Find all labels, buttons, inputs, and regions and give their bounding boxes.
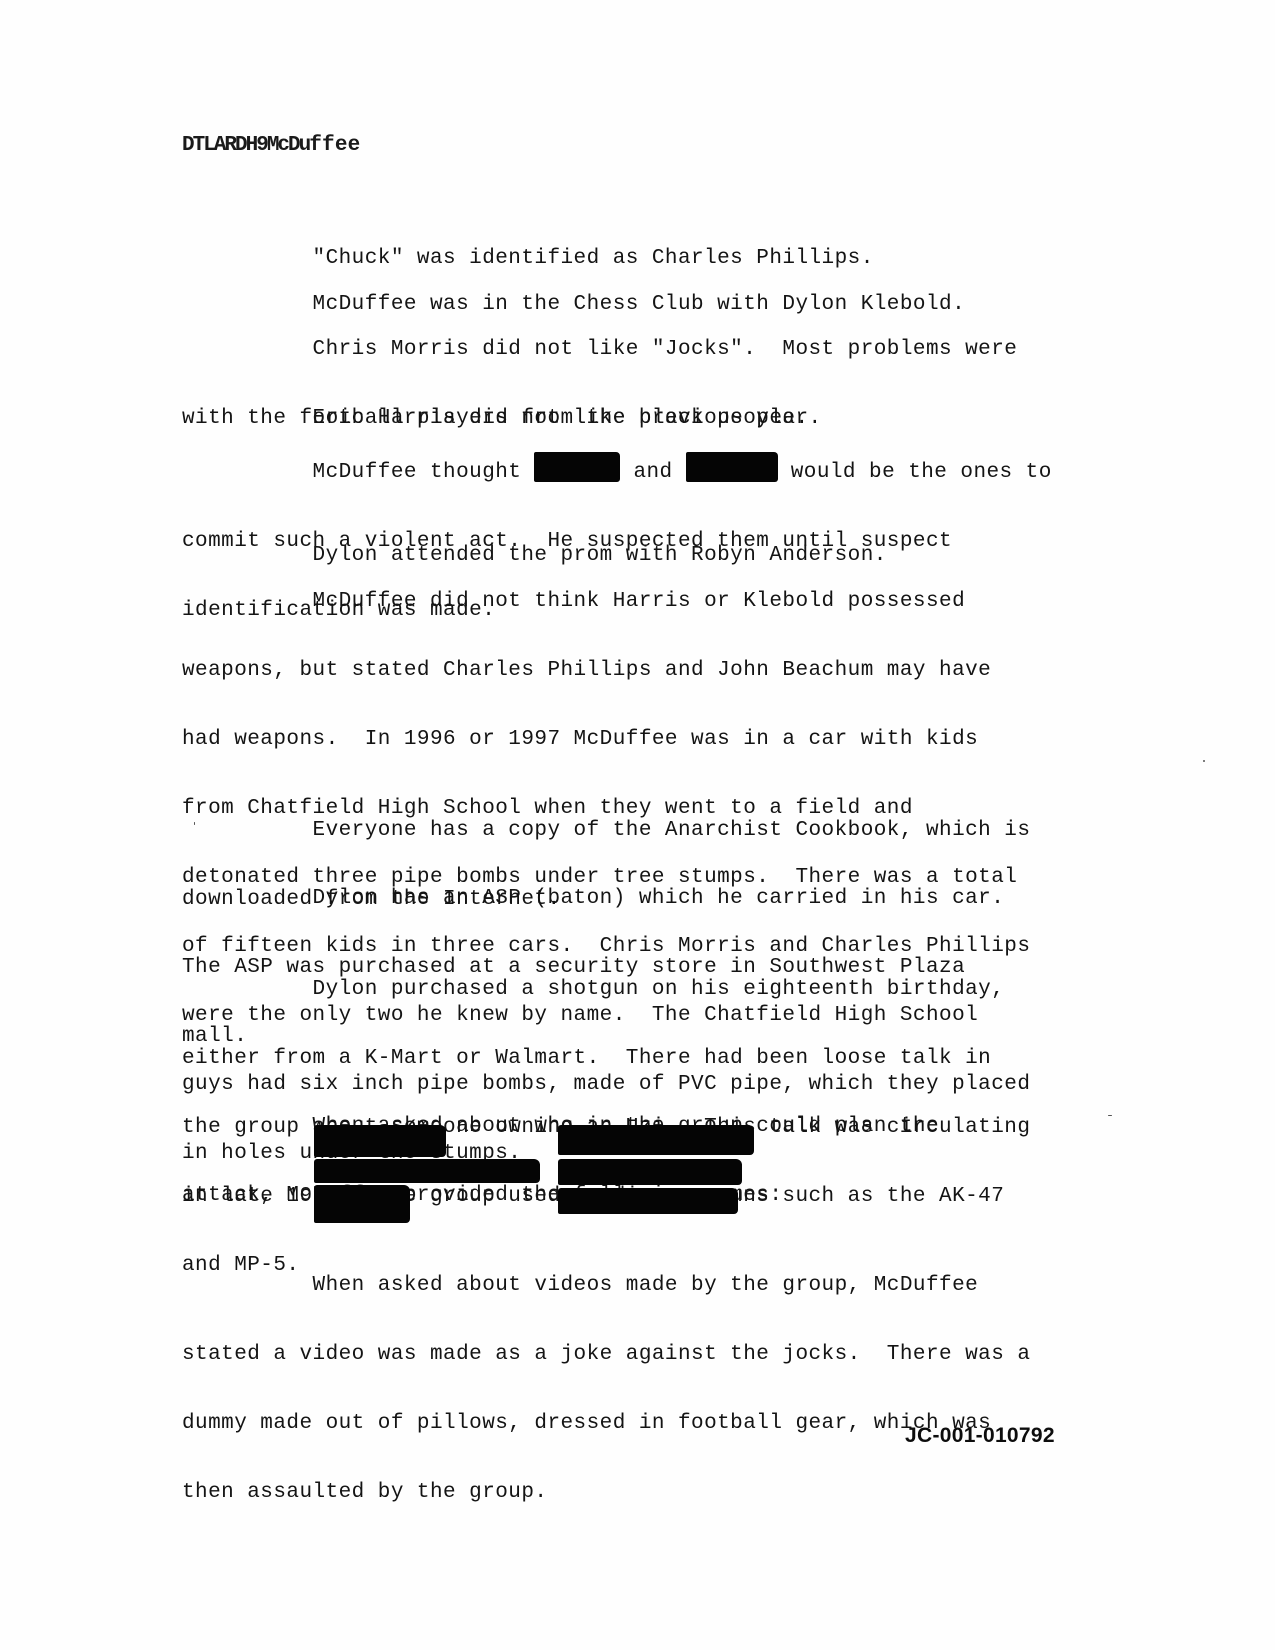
redaction-bar [558,1125,754,1155]
redaction-bar [686,452,778,482]
text-line-with-redactions: McDuffee thought and would be the ones t… [182,452,1062,484]
page-header: DTLARDH9McDuffee [182,134,360,157]
text-segment: McDuffee thought [182,461,534,484]
bates-number: JC-001-010792 [905,1424,1055,1448]
scan-speck [194,822,195,825]
redaction-bar [558,1188,738,1214]
redaction-bar [314,1185,410,1223]
text-segment: would be the ones to [778,461,1052,484]
text-line: Everyone has a copy of the Anarchist Coo… [182,819,1062,842]
text-line: then assaulted by the group. [182,1481,1062,1504]
header-garbled-overprint: DTLARDH9McDu [182,134,309,157]
document-page: DTLARDH9McDuffee "Chuck" was identified … [0,0,1275,1650]
redacted-names-block [314,1125,754,1221]
text-line: had weapons. In 1996 or 1997 McDuffee wa… [182,728,1062,751]
text-line: Dylon has an ASP (baton) which he carrie… [182,887,1062,910]
text-segment: and [620,461,685,484]
scan-speck [1108,1115,1112,1116]
text-line: stated a video was made as a joke agains… [182,1343,1062,1366]
redaction-bar [314,1125,446,1157]
text-line: McDuffee did not think Harris or Klebold… [182,590,1062,613]
redaction-bar [558,1159,742,1185]
scan-speck [1203,760,1205,762]
text-line: Chris Morris did not like "Jocks". Most … [182,338,1062,361]
redaction-bar [314,1159,540,1183]
text-line: Dylon purchased a shotgun on his eightee… [182,978,1062,1001]
text-line: weapons, but stated Charles Phillips and… [182,659,1062,682]
text-line: When asked about videos made by the grou… [182,1274,1062,1297]
header-name-suffix: ffee [309,134,360,157]
paragraph-videos: When asked about videos made by the grou… [182,1228,1062,1550]
text-line: either from a K-Mart or Walmart. There h… [182,1047,1062,1070]
redaction-bar [534,452,620,482]
